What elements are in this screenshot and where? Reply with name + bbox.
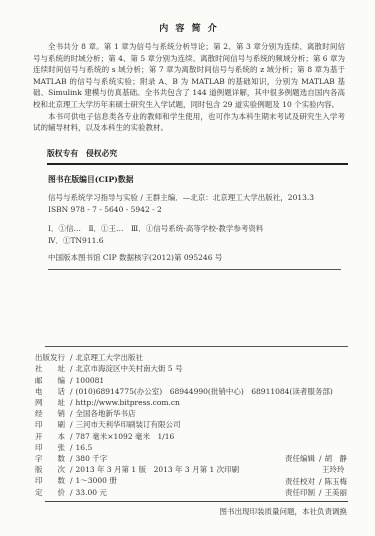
cip-classification-line-2: Ⅳ．①TN911.6 <box>48 235 347 248</box>
staff-row-print-supervisor: 责任印制/王美丽 <box>285 487 347 498</box>
staff-value: 王玲玲 <box>322 465 345 474</box>
cip-isbn-line: ISBN 978 - 7 - 5640 - 5942 - 2 <box>48 204 347 217</box>
book-copyright-page: 内 容 简 介 全书共分 8 章。第 1 章为信号与系统分析导论；第 2、第 3… <box>0 0 375 536</box>
colophon-label: 网 址 <box>35 397 67 408</box>
blank-gap <box>0 270 375 346</box>
colophon-separator: / <box>70 465 73 474</box>
staff-row-proofreader: 责任校对/陈玉梅 <box>285 476 347 487</box>
colophon-value: 北京理工大学出版社 <box>76 353 144 362</box>
divider-rule-bottom <box>45 501 348 502</box>
colophon-separator: / <box>70 398 73 407</box>
staff-row-editor: 责任编辑/胡 静 <box>285 453 347 464</box>
colophon-label: 经 销 <box>35 408 67 419</box>
colophon-separator: / <box>70 409 73 418</box>
staff-credits: 责任编辑/胡 静 王玲玲 责任校对/陈玉梅 责任印制/王美丽 <box>285 453 347 498</box>
quality-note: 图书出现印装质量问题，本社负责调换 <box>0 506 347 517</box>
staff-label: 责任印制 <box>285 487 316 498</box>
cip-title-line: 信号与系统学习指导与实验 / 王群主编．—北京：北京理工大学出版社，2013.3 <box>48 192 347 205</box>
colophon-separator: / <box>70 476 73 485</box>
staff-separator: / <box>319 477 322 486</box>
intro-paragraph-1: 全书共分 8 章。第 1 章为信号与系统分析导论；第 2、第 3 章分别为连续、… <box>33 41 345 111</box>
colophon-value: 33.00 元 <box>76 488 107 497</box>
colophon-separator: / <box>70 454 73 463</box>
staff-separator: / <box>319 488 322 497</box>
colophon-row-printer: 印 刷/三河市天利华印刷装订有限公司 <box>35 419 348 430</box>
colophon-value: 1～3000 册 <box>76 476 117 485</box>
colophon-value: 全国各地新华书店 <box>76 409 136 418</box>
colophon-value: 100081 <box>76 376 105 385</box>
colophon-separator: / <box>70 353 73 362</box>
staff-value: 陈玉梅 <box>325 477 348 486</box>
colophon-value: 380 千字 <box>76 454 108 463</box>
colophon-label: 电 话 <box>35 386 67 397</box>
colophon-separator: / <box>70 420 73 429</box>
colophon-row-postcode: 邮 编/100081 <box>35 375 348 386</box>
cip-record-line: 中国版本图书馆 CIP 数据核字(2012)第 095246 号 <box>48 252 347 265</box>
colophon-separator: / <box>70 488 73 497</box>
colophon-value: 16.5 <box>76 443 93 452</box>
colophon-row-website: 网 址/http://www.bitpress.com.cn <box>35 397 348 408</box>
colophon-label: 开 本 <box>35 431 67 442</box>
colophon-separator: / <box>70 432 73 441</box>
colophon-label: 印 刷 <box>35 419 67 430</box>
cip-classification-line-1: Ⅰ．①信… Ⅱ．①王… Ⅲ．①信号系统-高等学校-教学参考资料 <box>48 223 347 236</box>
colophon-value: 北京市海淀区中关村南大街 5 号 <box>76 364 183 373</box>
intro-title: 内 容 简 介 <box>33 21 345 34</box>
intro-paragraph-2: 本书可供电子信息类各专业的教师和学生使用，也可作为本科生期末考试及研究生入学考试… <box>33 111 345 134</box>
staff-row-editor-2: 王玲玲 <box>285 464 347 475</box>
divider-rule-top <box>47 163 348 165</box>
intro-section: 内 容 简 介 全书共分 8 章。第 1 章为信号与系统分析导论；第 2、第 3… <box>0 21 375 134</box>
colophon-value: 787 毫米×1092 毫米 1/16 <box>76 432 175 441</box>
colophon-separator: / <box>70 364 73 373</box>
cip-heading: 图书在版编目(CIP)数据 <box>48 174 347 185</box>
colophon-value: 2013 年 3 月第 1 版 2013 年 3 月第 1 次印刷 <box>76 465 240 474</box>
colophon-row-phone: 电 话/(010)68914775(办公室) 68944990(批销中心) 68… <box>35 386 348 397</box>
colophon-label: 印 张 <box>35 442 67 453</box>
colophon-label: 定 价 <box>35 487 67 498</box>
staff-value: 王美丽 <box>325 488 348 497</box>
colophon-section: 出版发行/北京理工大学出版社 社 址/北京市海淀区中关村南大街 5 号 邮 编/… <box>0 347 375 498</box>
colophon-row-publisher: 出版发行/北京理工大学出版社 <box>35 352 348 363</box>
colophon-label: 邮 编 <box>35 375 67 386</box>
colophon-label: 社 址 <box>35 363 67 374</box>
colophon-separator: / <box>70 443 73 452</box>
colophon-value: 三河市天利华印刷装订有限公司 <box>76 420 181 429</box>
colophon-label: 印 数 <box>35 475 67 486</box>
colophon-label: 字 数 <box>35 453 67 464</box>
staff-value: 胡 静 <box>325 454 348 463</box>
colophon-separator: / <box>70 376 73 385</box>
staff-separator: / <box>319 454 322 463</box>
colophon-row-format: 开 本/787 毫米×1092 毫米 1/16 <box>35 431 348 442</box>
colophon-value: (010)68914775(办公室) 68944990(批销中心) 689110… <box>76 387 333 396</box>
colophon-row-sheets: 印 张/16.5 <box>35 442 348 453</box>
colophon-label: 版 次 <box>35 464 67 475</box>
colophon-value: http://www.bitpress.com.cn <box>76 398 180 407</box>
colophon-separator: / <box>70 387 73 396</box>
staff-label: 责任编辑 <box>285 453 316 464</box>
copyright-notice: 版权专有 侵权必究 <box>47 148 375 159</box>
colophon-label: 出版发行 <box>35 352 67 363</box>
staff-label: 责任校对 <box>285 476 316 487</box>
cip-data-block: 图书在版编目(CIP)数据 信号与系统学习指导与实验 / 王群主编．—北京：北京… <box>48 174 347 265</box>
colophon-row-address: 社 址/北京市海淀区中关村南大街 5 号 <box>35 363 348 374</box>
colophon-row-distribution: 经 销/全国各地新华书店 <box>35 408 348 419</box>
